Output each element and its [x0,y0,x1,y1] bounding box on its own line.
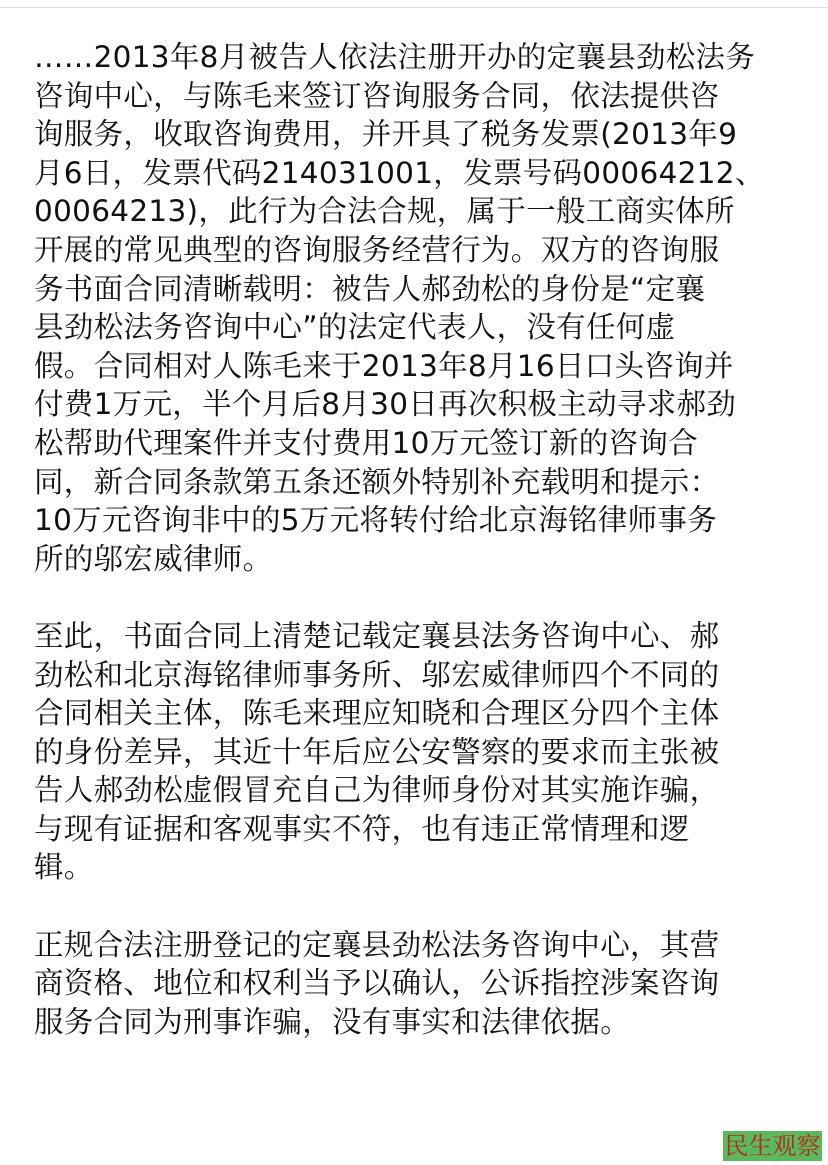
text-line: 所的邬宏威律师。 [34,540,794,579]
text-line: 假。合同相对人陈毛来于2013年8月16日口头咨询并 [34,347,794,386]
text-line: 告人郝劲松虚假冒充自己为律师身份对其实施诈骗， [34,771,794,810]
text-line: 正规合法注册登记的定襄县劲松法务咨询中心，其营 [34,926,794,965]
watermark-badge: 民生观察 [723,1131,822,1161]
text-line: 商资格、地位和权利当予以确认，公诉指控涉案咨询 [34,964,794,1003]
text-line: 松帮助代理案件并支付费用10万元签订新的咨询合 [34,424,794,463]
text-line: 辑。 [34,848,794,887]
paragraph-1: ……2013年8月被告人依法注册开办的定襄县劲松法务 咨询中心，与陈毛来签订咨询… [34,38,794,578]
text-line: 服务合同为刑事诈骗，没有事实和法律依据。 [34,1003,794,1042]
text-line: 咨询中心，与陈毛来签订咨询服务合同，依法提供咨 [34,77,794,116]
article-body: ……2013年8月被告人依法注册开办的定襄县劲松法务 咨询中心，与陈毛来签订咨询… [34,38,794,1041]
text-line: 付费1万元，半个月后8月30日再次积极主动寻求郝劲 [34,385,794,424]
text-line: 月6日，发票代码214031001，发票号码00064212、 [34,154,794,193]
text-line: 询服务，收取咨询费用，并开具了税务发票(2013年9 [34,115,794,154]
text-line: 合同相关主体，陈毛来理应知晓和合理区分四个主体 [34,694,794,733]
text-line: 10万元咨询非中的5万元将转付给北京海铭律师事务 [34,501,794,540]
text-line: 劲松和北京海铭律师事务所、邬宏威律师四个不同的 [34,656,794,695]
text-line: 的身份差异，其近十年后应公安警察的要求而主张被 [34,733,794,772]
text-line: 00064213)，此行为合法合规，属于一般工商实体所 [34,192,794,231]
text-line: 务书面合同清晰载明：被告人郝劲松的身份是“定襄 [34,270,794,309]
text-line: 开展的常见典型的咨询服务经营行为。双方的咨询服 [34,231,794,270]
top-divider [0,7,828,8]
paragraph-3: 正规合法注册登记的定襄县劲松法务咨询中心，其营 商资格、地位和权利当予以确认，公… [34,926,794,1042]
paragraph-2: 至此，书面合同上清楚记载定襄县法务咨询中心、郝 劲松和北京海铭律师事务所、邬宏威… [34,617,794,887]
text-line: ……2013年8月被告人依法注册开办的定襄县劲松法务 [34,38,794,77]
text-line: 同，新合同条款第五条还额外特别补充载明和提示： [34,463,794,502]
paragraph-spacer [34,887,794,926]
paragraph-spacer [34,578,794,617]
text-line: 县劲松法务咨询中心”的法定代表人，没有任何虚 [34,308,794,347]
text-line: 与现有证据和客观事实不符，也有违正常情理和逻 [34,810,794,849]
text-line: 至此，书面合同上清楚记载定襄县法务咨询中心、郝 [34,617,794,656]
